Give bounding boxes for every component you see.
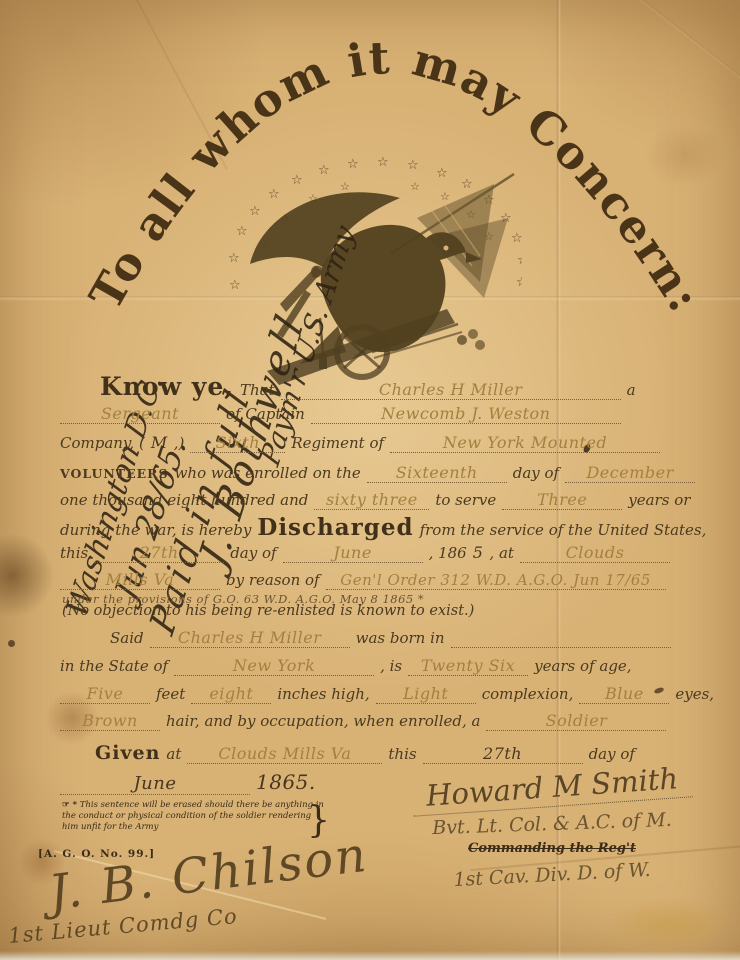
- term-field: Three: [502, 490, 622, 510]
- discharge-month-field: June: [283, 543, 423, 563]
- officer-signature-block: Howard M Smith Bvt. Lt. Col. & A.C. of M…: [392, 770, 712, 886]
- given-day-field: 27th: [423, 744, 583, 764]
- volunteers-label: VOLUNTEERS: [60, 466, 169, 481]
- svg-text:☆: ☆: [511, 231, 522, 246]
- given-at-label: at: [166, 745, 181, 763]
- complexion-field: Light: [376, 684, 476, 704]
- form-line-description: Five feet eight inches high, Light compl…: [60, 684, 714, 704]
- at-label: , at: [489, 544, 514, 562]
- svg-text:☆: ☆: [436, 166, 448, 181]
- complexion-label: complexion,: [482, 685, 574, 703]
- day-of-label: day of: [513, 464, 559, 482]
- born-in-label: was born in: [356, 629, 445, 647]
- svg-text:☆: ☆: [318, 163, 330, 178]
- form-line-year: one thousand eight hundred and sixty thr…: [60, 490, 690, 510]
- fine-print-note: ☞ * This sentence will be erased should …: [62, 800, 324, 833]
- eyes-label: eyes,: [675, 685, 714, 703]
- of-captain-label: of Captain: [226, 405, 305, 423]
- regiment-number-field: Sixth: [190, 433, 285, 453]
- this-label: this: [60, 544, 88, 562]
- form-line-state-age: in the State of New York , is Twenty Six…: [60, 656, 632, 676]
- form-line-name: Know ye, That Charles H Miller a: [100, 372, 636, 401]
- svg-text:☆: ☆: [461, 177, 473, 192]
- given-month-field: June: [60, 773, 250, 795]
- eyes-field: Blue: [579, 684, 669, 704]
- feet-label: feet: [156, 685, 185, 703]
- is-label: , is: [380, 657, 402, 675]
- height-feet-field: Five: [60, 684, 150, 704]
- inches-label: inches high,: [277, 685, 369, 703]
- given-label: Given: [95, 742, 160, 764]
- said-name-field: Charles H Miller: [150, 628, 350, 648]
- given-year-field: 1865.: [256, 770, 316, 794]
- birth-state-field: New York: [174, 656, 374, 676]
- svg-text:☆: ☆: [228, 251, 240, 266]
- scan-edge: [0, 951, 740, 960]
- svg-text:☆: ☆: [291, 173, 303, 188]
- form-line-given-month: June 1865.: [60, 770, 316, 795]
- svg-text:☆: ☆: [516, 275, 522, 290]
- height-inches-field: eight: [191, 684, 271, 704]
- age-field: Twenty Six: [408, 656, 528, 676]
- form-line-enrollment: VOLUNTEERS who was enrolled on the Sixte…: [60, 463, 695, 483]
- svg-text:☆: ☆: [249, 204, 261, 219]
- year-prefix-label: , 186: [429, 544, 467, 562]
- given-this-label: this: [388, 745, 416, 763]
- discharge-place2-field: Mills Va: [60, 570, 220, 590]
- svg-text:☆: ☆: [407, 158, 419, 173]
- discharge-certificate: To all whom it may Concern: ☆☆ ☆☆ ☆☆ ☆☆ …: [0, 0, 740, 960]
- given-day-of-label: day of: [589, 745, 635, 763]
- discharge-place-field: Clouds: [520, 543, 670, 563]
- form-line-born: Said Charles H Miller was born in: [110, 628, 671, 648]
- stain: [0, 528, 60, 623]
- svg-text:☆: ☆: [440, 190, 450, 203]
- hair-field: Brown: [60, 711, 160, 731]
- form-line-hair-occupation: Brown hair, and by occupation, when enro…: [60, 711, 666, 731]
- stain: [600, 896, 740, 952]
- state-label: in the State of: [60, 657, 168, 675]
- svg-text:☆: ☆: [340, 180, 350, 193]
- discharge-day-field: 27th: [94, 543, 224, 563]
- svg-text:☆: ☆: [377, 156, 389, 170]
- form-line-rank: Sergeant of Captain Newcomb J. Weston: [60, 404, 621, 424]
- struck-commanding-label: Commanding the Reg't: [468, 841, 636, 856]
- captain-name-field: Newcomb J. Weston: [311, 404, 621, 424]
- ink-blot: [8, 640, 15, 647]
- form-line-discharged: during the war, is hereby Discharged fro…: [60, 514, 706, 541]
- form-line-company: Company, ( M ,) Sixth Regiment of New Yo…: [60, 433, 660, 453]
- to-serve-label: to serve: [435, 491, 496, 509]
- company-label-close: ,): [174, 434, 185, 452]
- hair-label: hair, and by occupation, when enrolled, …: [166, 712, 480, 730]
- form-line-given: Given at Clouds Mills Va this 27th day o…: [95, 742, 635, 764]
- regiment-of-label: Regiment of: [291, 434, 384, 452]
- day-of-label: day of: [230, 544, 276, 562]
- regiment-name-field: New York Mounted: [390, 433, 660, 453]
- enroll-year-field: sixty three: [314, 490, 429, 510]
- article-a: a: [627, 381, 636, 399]
- pointing-hand-icon: ☞ *: [62, 800, 77, 810]
- form-line-no-objection: (No objection to his being re-enlisted i…: [62, 603, 474, 619]
- enrolled-label: who was enrolled on the: [175, 464, 361, 482]
- rank-field: Sergeant: [60, 404, 220, 424]
- years-or-label: years or: [628, 491, 690, 509]
- during-war-label: during the war, is hereby: [60, 521, 251, 539]
- know-ye-label: Know ye,: [100, 372, 234, 401]
- year-label: one thousand eight hundred and: [60, 491, 308, 509]
- given-place-field: Clouds Mills Va: [187, 744, 382, 764]
- discharged-label: Discharged: [257, 514, 413, 541]
- enroll-day-field: Sixteenth: [367, 463, 507, 483]
- svg-text:☆: ☆: [347, 157, 359, 172]
- company-letter-field: M: [151, 433, 168, 452]
- company-label: Company, (: [60, 434, 145, 452]
- svg-text:☆: ☆: [236, 224, 248, 239]
- svg-text:☆: ☆: [268, 187, 280, 202]
- by-reason-label: by reason of: [226, 571, 320, 589]
- no-objection-label: (No objection to his being re-enlisted i…: [62, 603, 474, 619]
- reason-field: Gen'l Order 312 W.D. A.G.O. Jun 17/65: [326, 571, 666, 590]
- svg-text:☆: ☆: [229, 278, 241, 293]
- that-label: That: [240, 381, 275, 399]
- officer-unit: 1st Cav. Div. D. of W.: [392, 856, 713, 895]
- svg-text:☆: ☆: [410, 180, 420, 193]
- said-label: Said: [110, 629, 144, 647]
- fine-print-text: This sentence will be erased should ther…: [62, 800, 324, 832]
- occupation-field: Soldier: [486, 711, 666, 731]
- age-suffix-label: years of age,: [534, 657, 631, 675]
- officer-signature: Howard M Smith: [411, 760, 693, 816]
- from-service-label: from the service of the United States,: [420, 521, 707, 539]
- form-line-reason: Mills Va by reason of Gen'l Order 312 W.…: [60, 570, 666, 590]
- svg-text:☆: ☆: [517, 253, 522, 268]
- discharge-year-digit: 5: [473, 543, 484, 562]
- soldier-name-field: Charles H Miller: [281, 380, 621, 400]
- enroll-month-field: December: [565, 463, 695, 483]
- form-line-date: this 27th day of June , 186 5 , at Cloud…: [60, 543, 670, 563]
